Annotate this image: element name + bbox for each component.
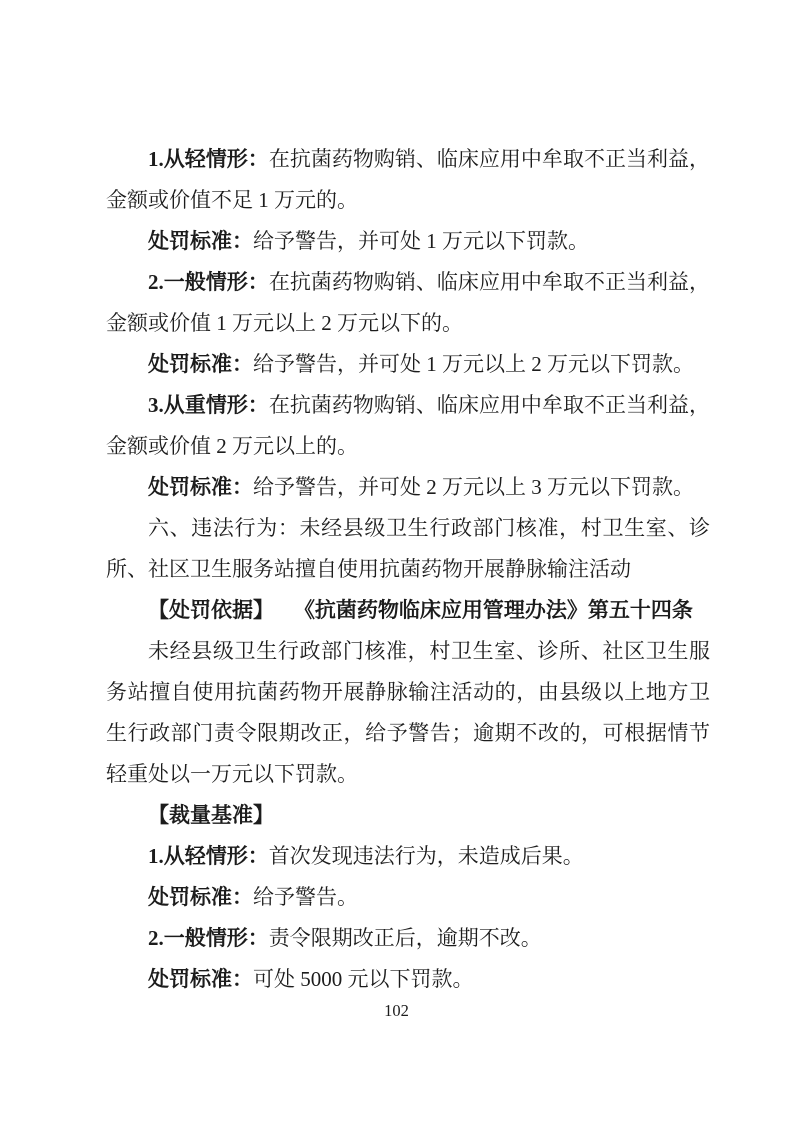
para-discretion-penalty-2: 处罚标准：可处 5000 元以下罚款。 [106,959,710,1000]
penalty-basis-bracket-label: 【处罚依据】 [148,598,274,622]
heading-penalty-basis: 【处罚依据】《抗菌药物临床应用管理办法》第五十四条 [106,590,710,631]
lenient-circumstance-1-label: 1.从轻情形： [148,147,269,171]
discretion-penalty-1-text: 给予警告。 [253,885,358,909]
discretion-lenient-1-label: 1.从轻情形： [148,844,269,868]
discretion-penalty-1-label: 处罚标准： [148,885,253,909]
para-violation-item-6: 六、违法行为：未经县级卫生行政部门核准，村卫生室、诊所、社区卫生服务站擅自使用抗… [106,508,710,590]
page-number: 102 [0,1000,793,1022]
para-penalty-standard-2: 处罚标准：给予警告，并可处 1 万元以上 2 万元以下罚款。 [106,344,710,385]
violation-item-6-label: 六、违法行为： [148,516,299,540]
para-severe-circumstance-3: 3.从重情形：在抗菌药物购销、临床应用中牟取不正当利益，金额或价值 2 万元以上… [106,385,710,467]
para-general-circumstance-2: 2.一般情形：在抗菌药物购销、临床应用中牟取不正当利益，金额或价值 1 万元以上… [106,262,710,344]
penalty-standard-1-label: 处罚标准： [148,229,253,253]
severe-circumstance-3-label: 3.从重情形： [148,393,269,417]
document-body: 1.从轻情形：在抗菌药物购销、临床应用中牟取不正当利益，金额或价值不足 1 万元… [106,139,710,1000]
document-page: 1.从轻情形：在抗菌药物购销、临床应用中牟取不正当利益，金额或价值不足 1 万元… [0,0,793,1122]
para-discretion-lenient-1: 1.从轻情形：首次发现违法行为，未造成后果。 [106,836,710,877]
para-discretion-general-2: 2.一般情形：责令限期改正后，逾期不改。 [106,918,710,959]
penalty-standard-2-text: 给予警告，并可处 1 万元以上 2 万元以下罚款。 [253,352,694,376]
para-penalty-standard-1: 处罚标准：给予警告，并可处 1 万元以下罚款。 [106,221,710,262]
discretion-penalty-2-label: 处罚标准： [148,967,253,991]
penalty-basis-reference: 《抗菌药物临床应用管理办法》第五十四条 [294,598,693,622]
para-penalty-basis-text: 未经县级卫生行政部门核准，村卫生室、诊所、社区卫生服务站擅自使用抗菌药物开展静脉… [106,631,710,795]
penalty-standard-3-text: 给予警告，并可处 2 万元以上 3 万元以下罚款。 [253,475,694,499]
general-circumstance-2-label: 2.一般情形： [148,270,269,294]
discretion-general-2-label: 2.一般情形： [148,926,269,950]
discretion-general-2-text: 责令限期改正后，逾期不改。 [269,926,542,950]
para-penalty-standard-3: 处罚标准：给予警告，并可处 2 万元以上 3 万元以下罚款。 [106,467,710,508]
penalty-standard-1-text: 给予警告，并可处 1 万元以下罚款。 [253,229,589,253]
penalty-standard-3-label: 处罚标准： [148,475,253,499]
discretion-lenient-1-text: 首次发现违法行为，未造成后果。 [269,844,584,868]
para-discretion-penalty-1: 处罚标准：给予警告。 [106,877,710,918]
para-lenient-circumstance-1: 1.从轻情形：在抗菌药物购销、临床应用中牟取不正当利益，金额或价值不足 1 万元… [106,139,710,221]
discretion-penalty-2-text: 可处 5000 元以下罚款。 [253,967,474,991]
heading-discretion-benchmark: 【裁量基准】 [106,795,710,836]
penalty-standard-2-label: 处罚标准： [148,352,253,376]
